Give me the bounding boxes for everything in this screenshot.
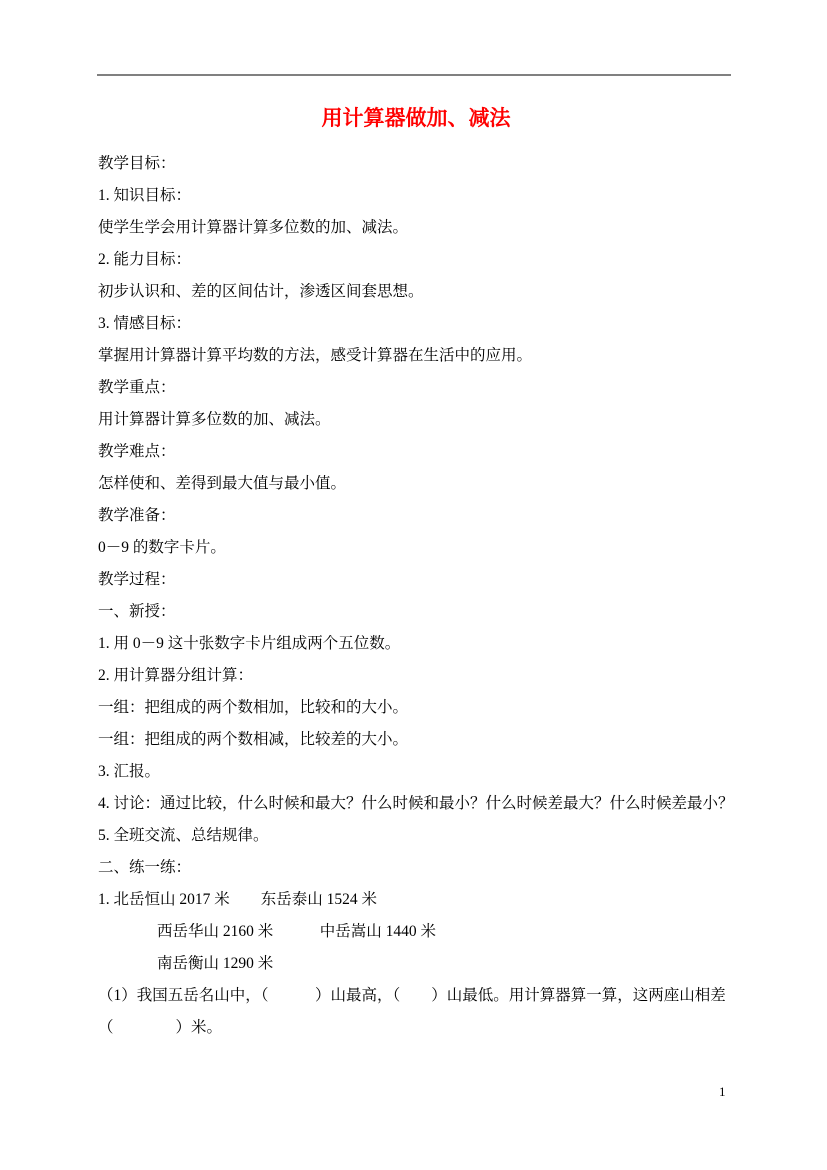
- paragraph: 使学生学会用计算器计算多位数的加、减法。: [98, 212, 738, 244]
- paragraph: 二、练一练：: [98, 852, 738, 884]
- paragraph: 一组：把组成的两个数相加，比较和的大小。: [98, 692, 738, 724]
- document-page: 用计算器做加、减法 教学目标：1. 知识目标：使学生学会用计算器计算多位数的加、…: [0, 0, 827, 1170]
- paragraph: 0－9 的数字卡片。: [98, 532, 738, 564]
- paragraph: 教学难点：: [98, 436, 738, 468]
- paragraph: 4. 讨论：通过比较，什么时候和最大？什么时候和最小？什么时候差最大？什么时候差…: [98, 788, 738, 820]
- paragraph: 教学过程：: [98, 564, 738, 596]
- paragraph: 2. 用计算器分组计算：: [98, 660, 738, 692]
- document-content: 用计算器做加、减法 教学目标：1. 知识目标：使学生学会用计算器计算多位数的加、…: [98, 103, 738, 1044]
- paragraph: 1. 北岳恒山 2017 米 东岳泰山 1524 米: [98, 884, 738, 916]
- paragraph: 教学重点：: [98, 372, 738, 404]
- paragraph: 2. 能力目标：: [98, 244, 738, 276]
- paragraph: 3. 情感目标：: [98, 308, 738, 340]
- paragraph: 掌握用计算器计算平均数的方法，感受计算器在生活中的应用。: [98, 340, 738, 372]
- paragraph: 用计算器计算多位数的加、减法。: [98, 404, 738, 436]
- paragraph: 南岳衡山 1290 米: [98, 948, 738, 980]
- page-number: 1: [719, 1084, 726, 1100]
- paragraph: 一组：把组成的两个数相减，比较差的大小。: [98, 724, 738, 756]
- paragraph: 3. 汇报。: [98, 756, 738, 788]
- paragraph: 教学目标：: [98, 148, 738, 180]
- paragraph: （ ）米。: [98, 1012, 738, 1044]
- paragraph: 初步认识和、差的区间估计，渗透区间套思想。: [98, 276, 738, 308]
- paragraph: （1）我国五岳名山中，（ ）山最高，（ ）山最低。用计算器算一算，这两座山相差: [98, 980, 738, 1012]
- document-body: 教学目标：1. 知识目标：使学生学会用计算器计算多位数的加、减法。2. 能力目标…: [98, 148, 738, 1044]
- paragraph: 5. 全班交流、总结规律。: [98, 820, 738, 852]
- page-title: 用计算器做加、减法: [98, 103, 734, 133]
- header-rule: [97, 74, 731, 76]
- paragraph: 1. 知识目标：: [98, 180, 738, 212]
- paragraph: 教学准备：: [98, 500, 738, 532]
- paragraph: 怎样使和、差得到最大值与最小值。: [98, 468, 738, 500]
- paragraph: 西岳华山 2160 米 中岳嵩山 1440 米: [98, 916, 738, 948]
- paragraph: 1. 用 0－9 这十张数字卡片组成两个五位数。: [98, 628, 738, 660]
- paragraph: 一、新授：: [98, 596, 738, 628]
